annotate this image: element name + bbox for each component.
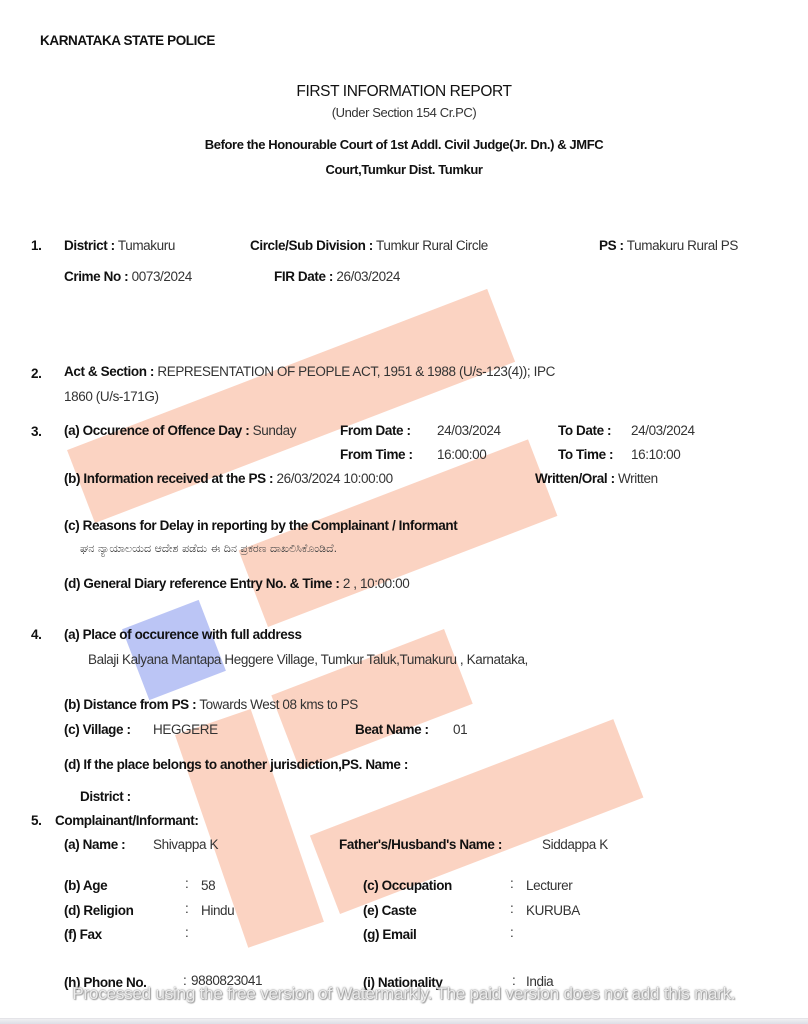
other-jurisdiction-label: (d) If the place belongs to another juri… (64, 757, 408, 772)
to-date-value: 24/03/2024 (631, 423, 695, 438)
org-name: KARNATAKA STATE POLICE (40, 33, 215, 48)
religion-value: Hindu (201, 903, 234, 918)
court-line-1: Before the Honourable Court of 1st Addl.… (0, 137, 808, 152)
from-time-value: 16:00:00 (437, 447, 486, 462)
act-section-field: Act & Section : REPRESENTATION OF PEOPLE… (64, 364, 555, 379)
village-label: (c) Village : (64, 722, 131, 737)
colon: : (510, 876, 513, 891)
delay-reason-label: (c) Reasons for Delay in reporting by th… (64, 518, 457, 533)
section-number: 2. (31, 366, 41, 381)
to-time-value: 16:10:00 (631, 447, 680, 462)
section-number: 4. (31, 627, 41, 642)
section-number: 3. (31, 424, 41, 439)
to-date-label: To Date : (558, 423, 611, 438)
circle-label: Circle/Sub Division : (250, 238, 373, 253)
name-label: (a) Name : (64, 837, 125, 852)
offence-day-value: Sunday (253, 423, 296, 438)
occupation-label: (c) Occupation (363, 878, 452, 893)
act-section-label: Act & Section : (64, 364, 154, 379)
info-received-label: (b) Information received at the PS : (64, 471, 273, 486)
age-value: 58 (201, 878, 215, 893)
caste-label: (e) Caste (363, 903, 416, 918)
document-subtitle: (Under Section 154 Cr.PC) (0, 105, 808, 120)
colon: : (185, 901, 188, 916)
father-name-label: Father's/Husband's Name : (339, 837, 502, 852)
court-line-2: Court,Tumkur Dist. Tumkur (0, 162, 808, 177)
gd-reference-value: 2 , 10:00:00 (343, 576, 410, 591)
act-section-value-cont: 1860 (U/s-171G) (64, 389, 159, 404)
fir-date-field: FIR Date : 26/03/2024 (274, 269, 400, 284)
place-label: (a) Place of occurence with full address (64, 627, 302, 642)
circle-value: Tumkur Rural Circle (376, 238, 488, 253)
offence-day-label: (a) Occurence of Offence Day : (64, 423, 249, 438)
written-oral-field: Written/Oral : Written (535, 471, 658, 486)
fax-label: (f) Fax (64, 927, 102, 942)
ps-label: PS : (599, 238, 624, 253)
religion-label: (d) Religion (64, 903, 133, 918)
ps-value: Tumakuru Rural PS (627, 238, 738, 253)
district-label: District : (64, 238, 115, 253)
from-date-label: From Date : (340, 423, 411, 438)
crime-no-value: 0073/2024 (132, 269, 192, 284)
act-section-value: REPRESENTATION OF PEOPLE ACT, 1951 & 198… (157, 364, 555, 379)
email-label: (g) Email (363, 927, 416, 942)
fir-date-value: 26/03/2024 (336, 269, 400, 284)
fir-date-label: FIR Date : (274, 269, 333, 284)
name-value: Shivappa K (153, 837, 218, 852)
circle-field: Circle/Sub Division : Tumkur Rural Circl… (250, 238, 488, 253)
distance-label: (b) Distance from PS : (64, 697, 196, 712)
from-time-label: From Time : (340, 447, 413, 462)
village-value: HEGGERE (153, 722, 218, 737)
distance-field: (b) Distance from PS : Towards West 08 k… (64, 697, 358, 712)
section-number: 5. (31, 813, 41, 828)
written-oral-label: Written/Oral : (535, 471, 615, 486)
occupation-value: Lecturer (526, 878, 572, 893)
ps-field: PS : Tumakuru Rural PS (599, 238, 738, 253)
district-field: District : Tumakuru (64, 238, 175, 253)
offence-day-field: (a) Occurence of Offence Day : Sunday (64, 423, 296, 438)
colon: : (185, 876, 188, 891)
complainant-heading: Complainant/Informant: (55, 813, 198, 828)
gd-reference-label: (d) General Diary reference Entry No. & … (64, 576, 339, 591)
fir-document: KARNATAKA STATE POLICE FIRST INFORMATION… (0, 0, 808, 1024)
place-value: Balaji Kalyana Mantapa Heggere Village, … (88, 652, 528, 667)
info-received-value: 26/03/2024 10:00:00 (277, 471, 393, 486)
crime-no-field: Crime No : 0073/2024 (64, 269, 192, 284)
colon: : (510, 925, 513, 940)
other-district-label: District : (80, 789, 131, 804)
gd-reference-field: (d) General Diary reference Entry No. & … (64, 576, 409, 591)
to-time-label: To Time : (558, 447, 613, 462)
caste-value: KURUBA (526, 903, 580, 918)
district-value: Tumakuru (118, 238, 175, 253)
crime-no-label: Crime No : (64, 269, 128, 284)
delay-reason-value: ಘನ ನ್ಯಾಯಾಲಯದ ಆದೇಶ ಪಡೆದು ಈ ದಿನ ಪ್ರಕರಣ ದಾಖ… (80, 542, 337, 556)
watermark-text: Processed using the free version of Wate… (0, 984, 808, 1004)
from-date-value: 24/03/2024 (437, 423, 501, 438)
section-number: 1. (31, 238, 41, 253)
distance-value: Towards West 08 kms to PS (199, 697, 358, 712)
age-label: (b) Age (64, 878, 107, 893)
colon: : (185, 925, 188, 940)
document-title: FIRST INFORMATION REPORT (0, 83, 808, 101)
written-oral-value: Written (618, 471, 658, 486)
father-name-value: Siddappa K (542, 837, 608, 852)
info-received-field: (b) Information received at the PS : 26/… (64, 471, 393, 486)
beat-name-label: Beat Name : (355, 722, 429, 737)
colon: : (510, 901, 513, 916)
beat-name-value: 01 (453, 722, 467, 737)
